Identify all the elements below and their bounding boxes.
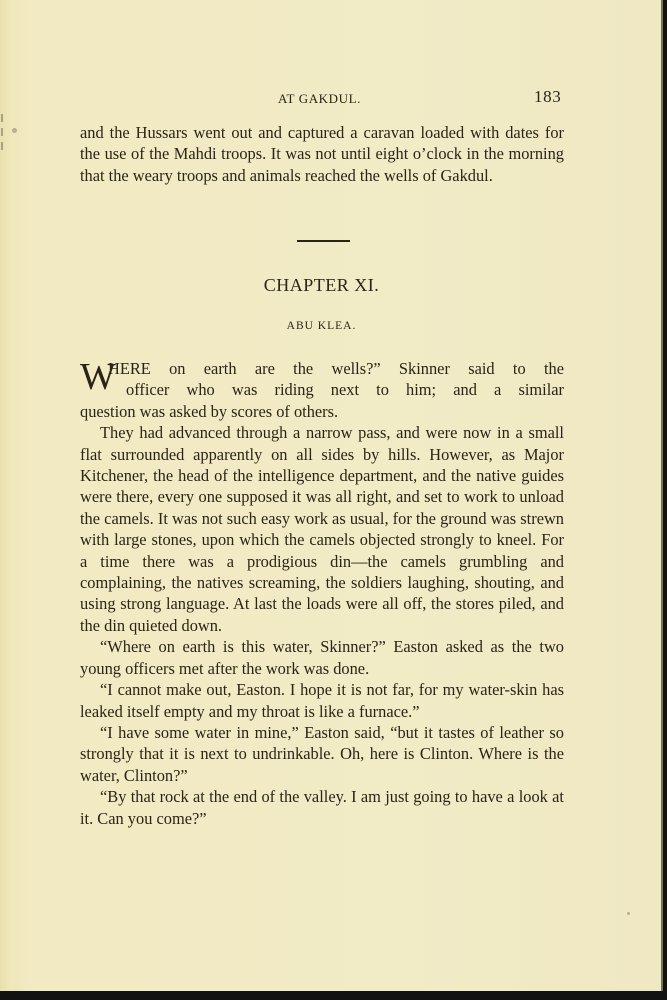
gutter-marks	[0, 110, 6, 160]
body-paragraph: “I have some water in mine,” Easton said…	[80, 722, 564, 786]
body-paragraph: They had advanced through a narrow pass,…	[80, 422, 564, 636]
body-paragraph: “By that rock at the end of the valley. …	[80, 786, 564, 829]
body-paragraph: “Where on earth is this water, Skinner?”…	[80, 636, 564, 679]
chapter-subtitle: ABU KLEA.	[0, 320, 643, 332]
page-speck	[627, 912, 630, 915]
opening-line-rest: question was asked by scores of others.	[80, 401, 564, 422]
body-paragraph: “I cannot make out, Easton. I hope it is…	[80, 679, 564, 722]
drop-cap: W	[80, 360, 116, 394]
continued-paragraph: and the Hussars went out and captured a …	[80, 122, 564, 186]
page-speck	[12, 128, 17, 133]
opening-line-1: HERE on earth are the wells?” Skinner sa…	[80, 358, 564, 379]
opening-paragraph: W HERE on earth are the wells?” Skinner …	[80, 358, 564, 422]
chapter-body: W HERE on earth are the wells?” Skinner …	[80, 358, 564, 829]
opening-line-2: officer who was riding next to him; and …	[80, 379, 564, 400]
running-head-title: AT GAKDUL.	[278, 91, 361, 107]
page-number: 183	[534, 87, 561, 107]
chapter-heading: CHAPTER XI.	[0, 275, 643, 296]
continued-paragraph-block: and the Hussars went out and captured a …	[80, 122, 564, 186]
book-page: AT GAKDUL. 183 and the Hussars went out …	[0, 0, 663, 991]
section-divider-rule	[297, 240, 350, 242]
